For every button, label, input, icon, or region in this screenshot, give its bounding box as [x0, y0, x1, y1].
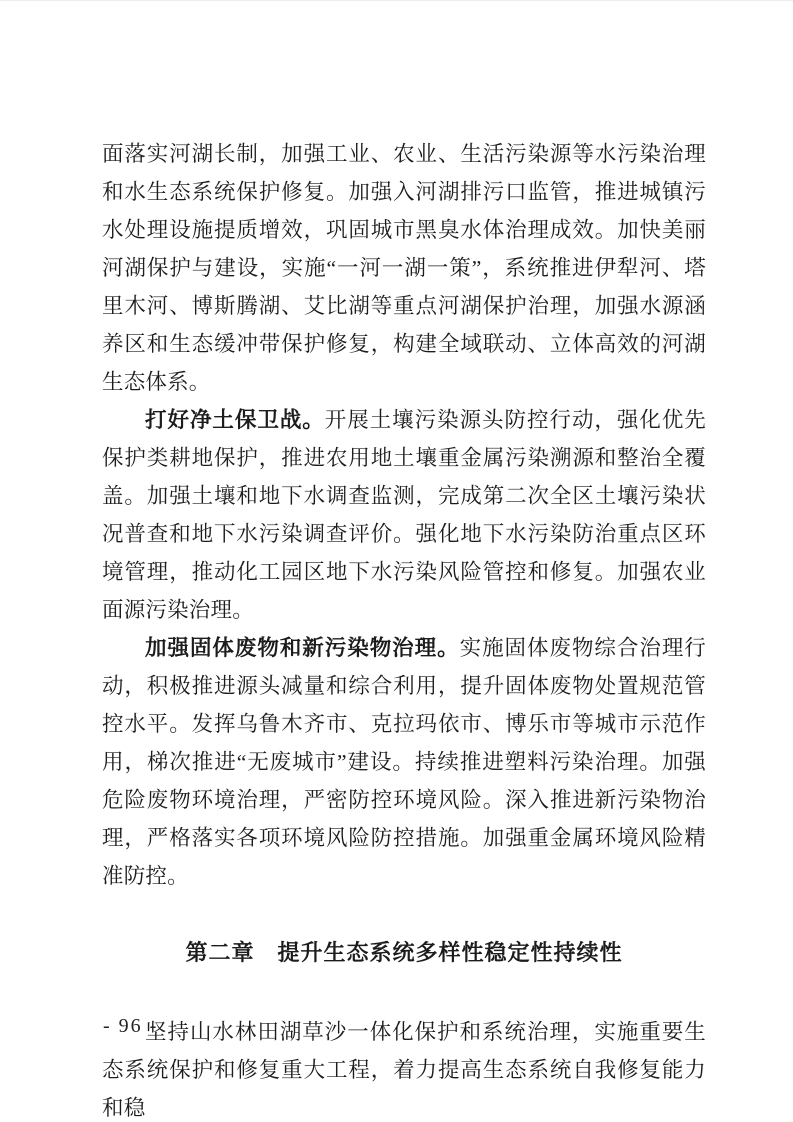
- chapter-heading: 第二章 提升生态系统多样性稳定性持续性: [102, 934, 706, 972]
- page-number: - 96 -: [103, 1014, 158, 1038]
- text-block: 面落实河湖长制，加强工业、农业、生活污染源等水污染治理和水生态系统保护修复。加强…: [102, 135, 706, 1122]
- paragraph-text: 开展土壤污染源头防控行动，强化优先保护类耕地保护，推进农用地土壤重金属污染溯源和…: [102, 408, 706, 622]
- paragraph-bold-lead: 加强固体废物和新污染物治理。: [145, 636, 460, 660]
- paragraph-text: 面落实河湖长制，加强工业、农业、生活污染源等水污染治理和水生态系统保护修复。加强…: [102, 142, 706, 394]
- document-page: 面落实河湖长制，加强工业、农业、生活污染源等水污染治理和水生态系统保护修复。加强…: [0, 0, 793, 1122]
- paragraph-ecosystem: 坚持山水林田湖草沙一体化保护和系统治理，实施重要生态系统保护和修复重大工程，着力…: [102, 1013, 706, 1122]
- paragraph-solid-waste: 加强固体废物和新污染物治理。实施固体废物综合治理行动，积极推进源头减量和综合利用…: [102, 629, 706, 895]
- paragraph-bold-lead: 打好净土保卫战。: [145, 408, 325, 432]
- paragraph-water-pollution: 面落实河湖长制，加强工业、农业、生活污染源等水污染治理和水生态系统保护修复。加强…: [102, 135, 706, 401]
- paragraph-text: 实施固体废物综合治理行动，积极推进源头减量和综合利用，提升固体废物处置规范管控水…: [102, 636, 706, 888]
- paragraph-soil-protection: 打好净土保卫战。开展土壤污染源头防控行动，强化优先保护类耕地保护，推进农用地土壤…: [102, 401, 706, 629]
